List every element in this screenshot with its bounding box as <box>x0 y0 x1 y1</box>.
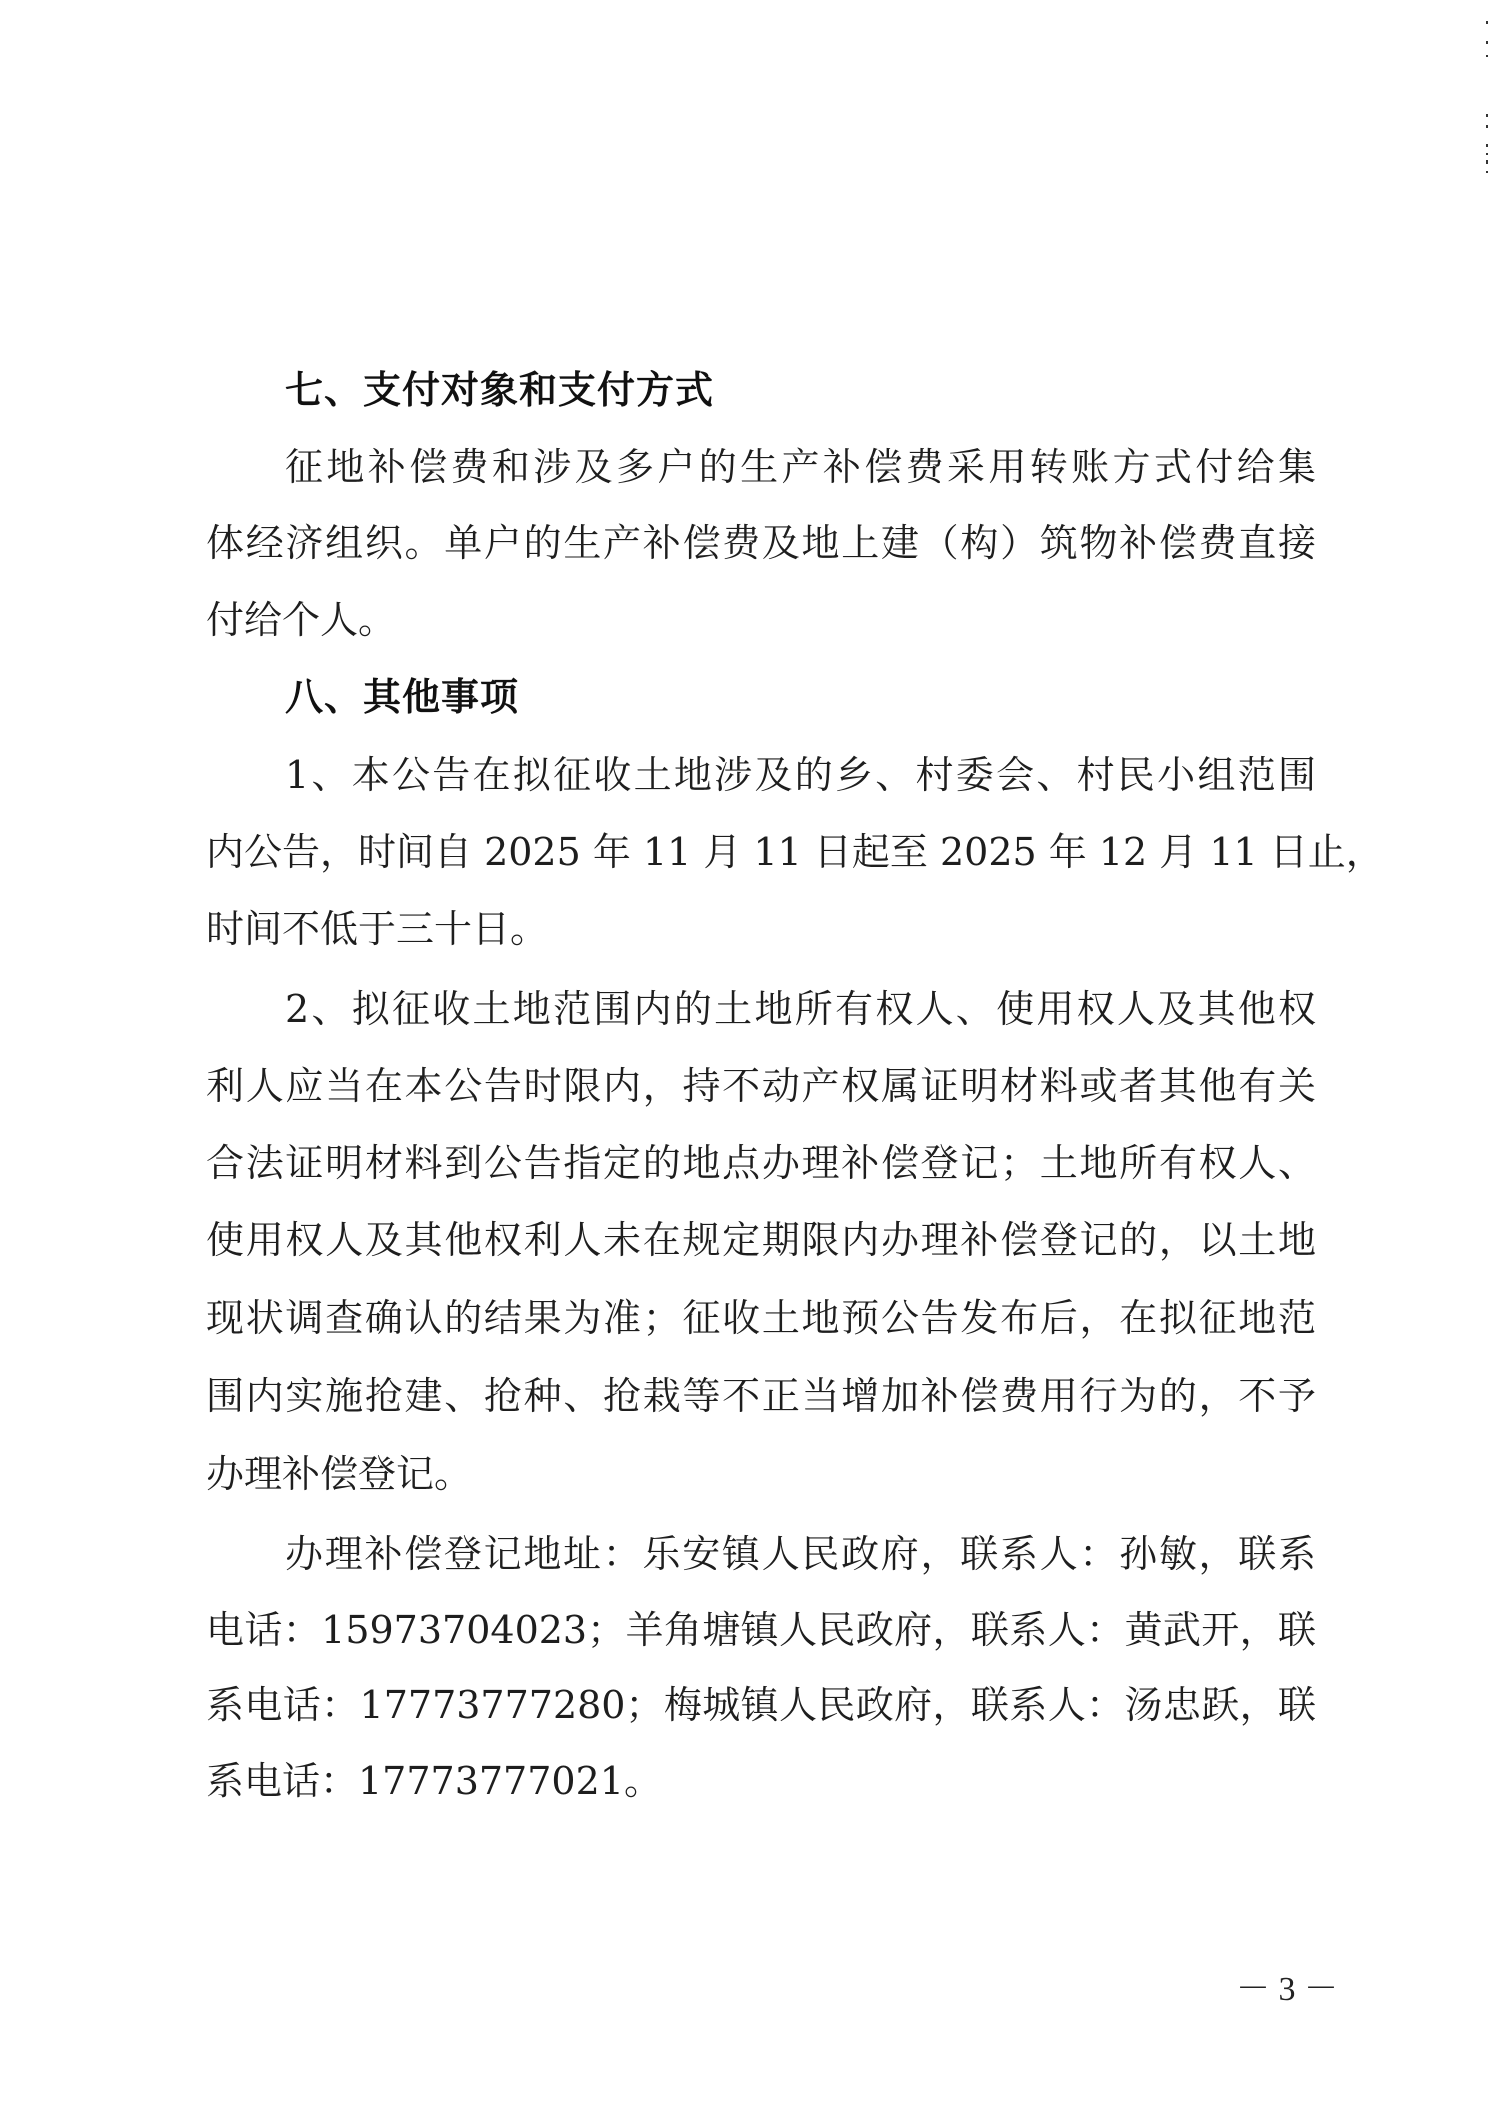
paragraph-line: 使用权人及其他权利人未在规定期限内办理补偿登记的，以土地 <box>206 1202 1316 1279</box>
paragraph-line: 体经济组织。单户的生产补偿费及地上建（构）筑物补偿费直接 <box>206 505 1316 582</box>
paragraph-line: 办理补偿登记。 <box>206 1436 1316 1513</box>
paragraph-line: 时间不低于三十日。 <box>206 891 1316 968</box>
paragraph-line: 围内实施抢建、抢种、抢栽等不正当增加补偿费用行为的，不予 <box>206 1358 1316 1435</box>
section-heading-7: 七、支付对象和支付方式 <box>285 352 714 429</box>
paragraph-line: 系电话：17773777280；梅城镇人民政府，联系人：汤忠跃，联 <box>206 1667 1316 1744</box>
paragraph-line: 合法证明材料到公告指定的地点办理补偿登记；土地所有权人、 <box>206 1125 1316 1202</box>
paragraph-line: 现状调查确认的结果为准；征收土地预公告发布后，在拟征地范 <box>206 1280 1316 1357</box>
page-number: － 3 － <box>1236 1968 1338 2012</box>
paragraph-line: 付给个人。 <box>206 582 1316 659</box>
paragraph-line: 电话：15973704023；羊角塘镇人民政府，联系人：黄武开，联 <box>206 1592 1316 1669</box>
paragraph-line: 利人应当在本公告时限内，持不动产权属证明材料或者其他有关 <box>206 1048 1316 1125</box>
paragraph-line: 征地补偿费和涉及多户的生产补偿费采用转账方式付给集 <box>285 429 1316 506</box>
paragraph-line: 内公告，时间自 2025 年 11 月 11 日起至 2025 年 12 月 1… <box>206 814 1316 891</box>
paragraph-line: 办理补偿登记地址：乐安镇人民政府，联系人：孙敏，联系 <box>285 1516 1316 1593</box>
paragraph-line: 1、本公告在拟征收土地涉及的乡、村委会、村民小组范围 <box>285 737 1316 814</box>
paragraph-line: 系电话：17773777021。 <box>206 1743 1316 1820</box>
paragraph-line: 2、拟征收土地范围内的土地所有权人、使用权人及其他权 <box>285 971 1316 1048</box>
document-page: 七、支付对象和支付方式 征地补偿费和涉及多户的生产补偿费采用转账方式付给集 体经… <box>0 0 1488 2104</box>
section-heading-8: 八、其他事项 <box>285 659 519 736</box>
